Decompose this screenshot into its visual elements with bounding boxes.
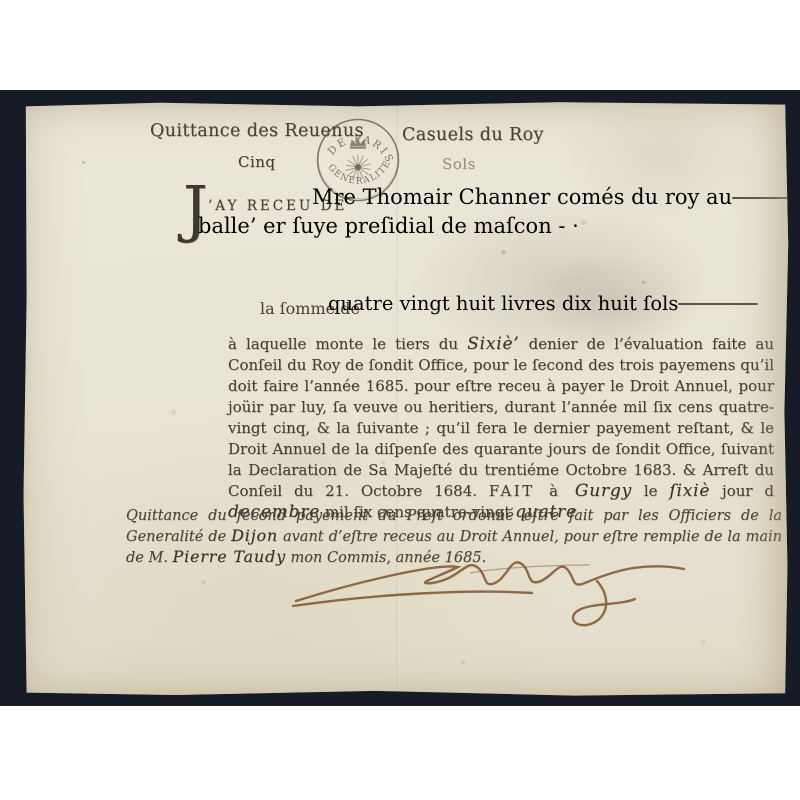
payer-name-handwritten: Mre Thomair Channer comés du roy au bbox=[312, 185, 732, 209]
fee-unit-sols: Sols bbox=[442, 155, 476, 173]
payer-title-handwritten: balle’ er ſuye preſidial de maſcon - · bbox=[198, 214, 579, 238]
signature-flourish bbox=[290, 539, 690, 634]
main-paragraph: à laquelle monte le tiers du Sixiè’ deni… bbox=[228, 334, 774, 523]
somme-amount-handwritten: quatre vingt huit livres dix huit ſols bbox=[328, 292, 678, 315]
fait-a-label: FAIT à bbox=[489, 482, 575, 500]
paper-document: Quittance des Reuenus Casuels du Roy Cin… bbox=[22, 101, 789, 698]
stamp-arc-bottom-text: GENERALITE bbox=[325, 159, 393, 187]
day-handwritten: ſixiè bbox=[669, 481, 710, 501]
svg-text:GENERALITE: GENERALITE bbox=[325, 159, 393, 187]
paragraph-text: jour d bbox=[710, 482, 774, 500]
generalite-name-handwritten: Dijon bbox=[231, 526, 278, 545]
doc-title-right: Casuels du Roy bbox=[402, 125, 544, 145]
commis-name-handwritten: Pierre Taudy bbox=[173, 547, 286, 566]
paragraph-text: le bbox=[632, 482, 669, 500]
foxing-specks bbox=[82, 161, 85, 164]
paragraph-text: denier de l’évaluation faite au Conſeil … bbox=[228, 335, 774, 500]
place-handwritten: Gurgy bbox=[575, 481, 632, 501]
sixieme-denier-handwritten: Sixiè’ bbox=[467, 334, 519, 354]
fee-amount-cinq: Cinq bbox=[238, 153, 276, 171]
ink-flourish-line bbox=[678, 303, 758, 305]
paragraph-text: à laquelle monte le tiers du bbox=[228, 335, 467, 353]
